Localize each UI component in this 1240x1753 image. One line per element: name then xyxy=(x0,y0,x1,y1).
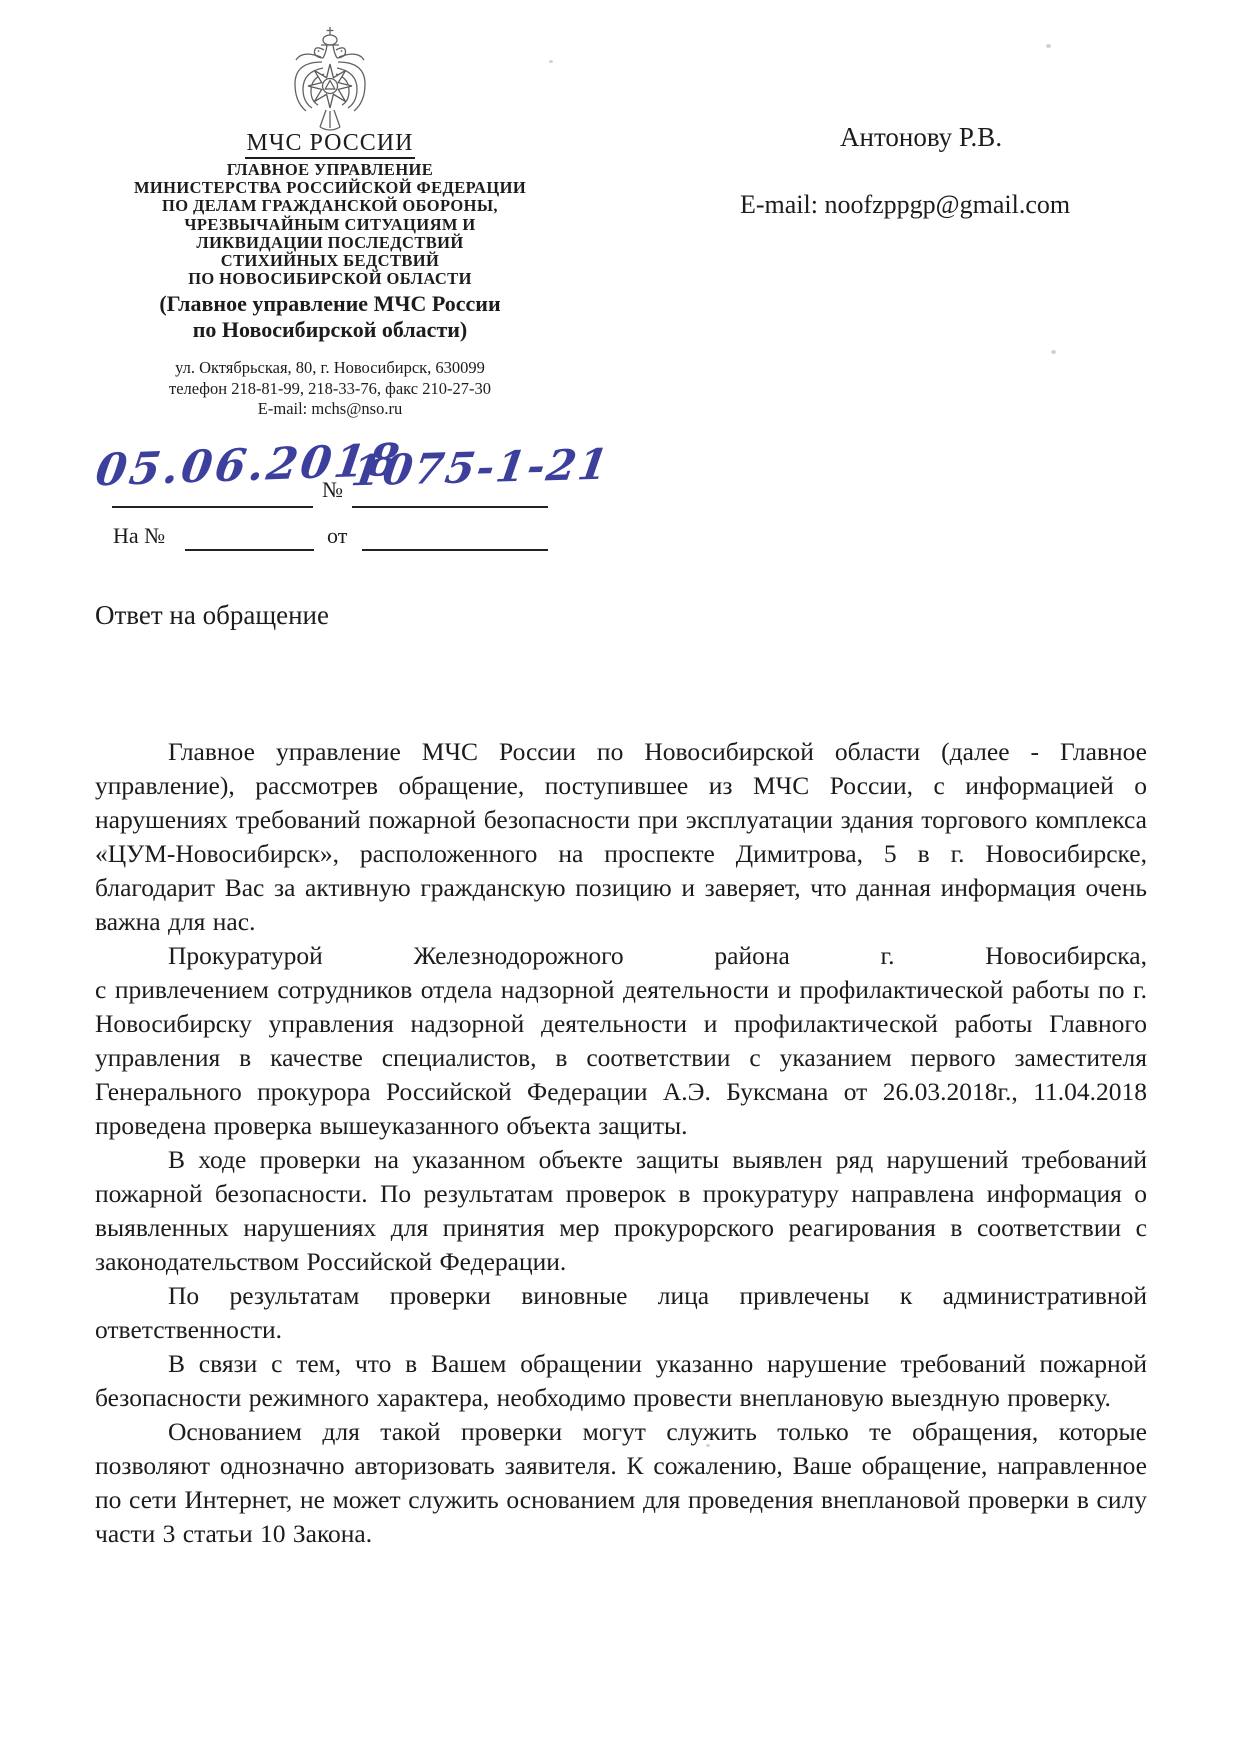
org-short-name: (Главное управление МЧС России по Новоси… xyxy=(90,291,570,343)
org-line: МИНИСТЕРСТВА РОССИЙСКОЙ ФЕДЕРАЦИИ xyxy=(90,179,570,197)
subject-line: Ответ на обращение xyxy=(95,600,329,631)
mchs-emblem-icon xyxy=(290,26,370,132)
ministry-title: МЧС РОССИИ xyxy=(90,130,570,157)
org-contact-block: ул. Октябрьская, 80, г. Новосибирск, 630… xyxy=(90,358,570,420)
org-line: ЛИКВИДАЦИИ ПОСЛЕДСТВИЙ xyxy=(90,234,570,252)
scan-speck xyxy=(706,1444,710,1447)
org-short-line: по Новосибирской области) xyxy=(90,317,570,343)
body-paragraph: Основанием для такой проверки могут служ… xyxy=(95,1415,1147,1551)
org-email: E-mail: mchs@nso.ru xyxy=(90,399,570,420)
org-line: ПО НОВОСИБИРСКОЙ ОБЛАСТИ xyxy=(90,270,570,288)
scan-speck xyxy=(1046,44,1051,48)
scan-speck xyxy=(1051,350,1056,354)
incoming-date-underline xyxy=(362,549,548,551)
handwritten-outgoing-number: 1075-1-21 xyxy=(348,440,613,496)
body-paragraph: В ходе проверки на указанном объекте защ… xyxy=(95,1143,1147,1279)
number-sign-label: № xyxy=(322,477,343,503)
incoming-number-label: На № xyxy=(113,523,165,549)
body-paragraph: В связи с тем, что в Вашем обращении ука… xyxy=(95,1347,1147,1415)
incoming-from-label: от xyxy=(327,523,347,549)
org-address: ул. Октябрьская, 80, г. Новосибирск, 630… xyxy=(90,358,570,379)
ministry-title-text: МЧС РОССИИ xyxy=(245,130,416,159)
org-line: ЧРЕЗВЫЧАЙНЫМ СИТУАЦИЯМ И xyxy=(90,216,570,234)
body-paragraph-continuation: с привлечением сотрудников отдела надзор… xyxy=(95,973,1147,1143)
recipient-name: Антонову Р.В. xyxy=(840,122,1002,153)
org-phones: телефон 218-81-99, 218-33-76, факс 210-2… xyxy=(90,379,570,400)
date-underline xyxy=(112,506,313,508)
recipient-email: E-mail: noofzppgp@gmail.com xyxy=(740,190,1070,220)
org-line: СТИХИЙНЫХ БЕДСТВИЙ xyxy=(90,252,570,270)
org-full-name: ГЛАВНОЕ УПРАВЛЕНИЕ МИНИСТЕРСТВА РОССИЙСК… xyxy=(90,161,570,288)
number-underline xyxy=(352,506,548,508)
incoming-number-underline xyxy=(185,549,314,551)
scanned-letter-page: МЧС РОССИИ ГЛАВНОЕ УПРАВЛЕНИЕ МИНИСТЕРСТ… xyxy=(0,0,1240,1753)
scan-speck xyxy=(549,60,553,63)
body-paragraph: Прокуратурой Железнодорожного района г. … xyxy=(95,939,1147,1143)
org-short-line: (Главное управление МЧС России xyxy=(90,291,570,317)
body-paragraph: По результатам проверки виновные лица пр… xyxy=(95,1279,1147,1347)
org-line: ГЛАВНОЕ УПРАВЛЕНИЕ xyxy=(90,161,570,179)
scan-speck xyxy=(103,849,107,853)
body-paragraph-justified-line: Прокуратурой Железнодорожного района г. … xyxy=(95,939,1147,973)
org-line: ПО ДЕЛАМ ГРАЖДАНСКОЙ ОБОРОНЫ, xyxy=(90,197,570,215)
body-paragraph: Главное управление МЧС России по Новосиб… xyxy=(95,735,1147,939)
letter-body: Главное управление МЧС России по Новосиб… xyxy=(95,735,1147,1551)
